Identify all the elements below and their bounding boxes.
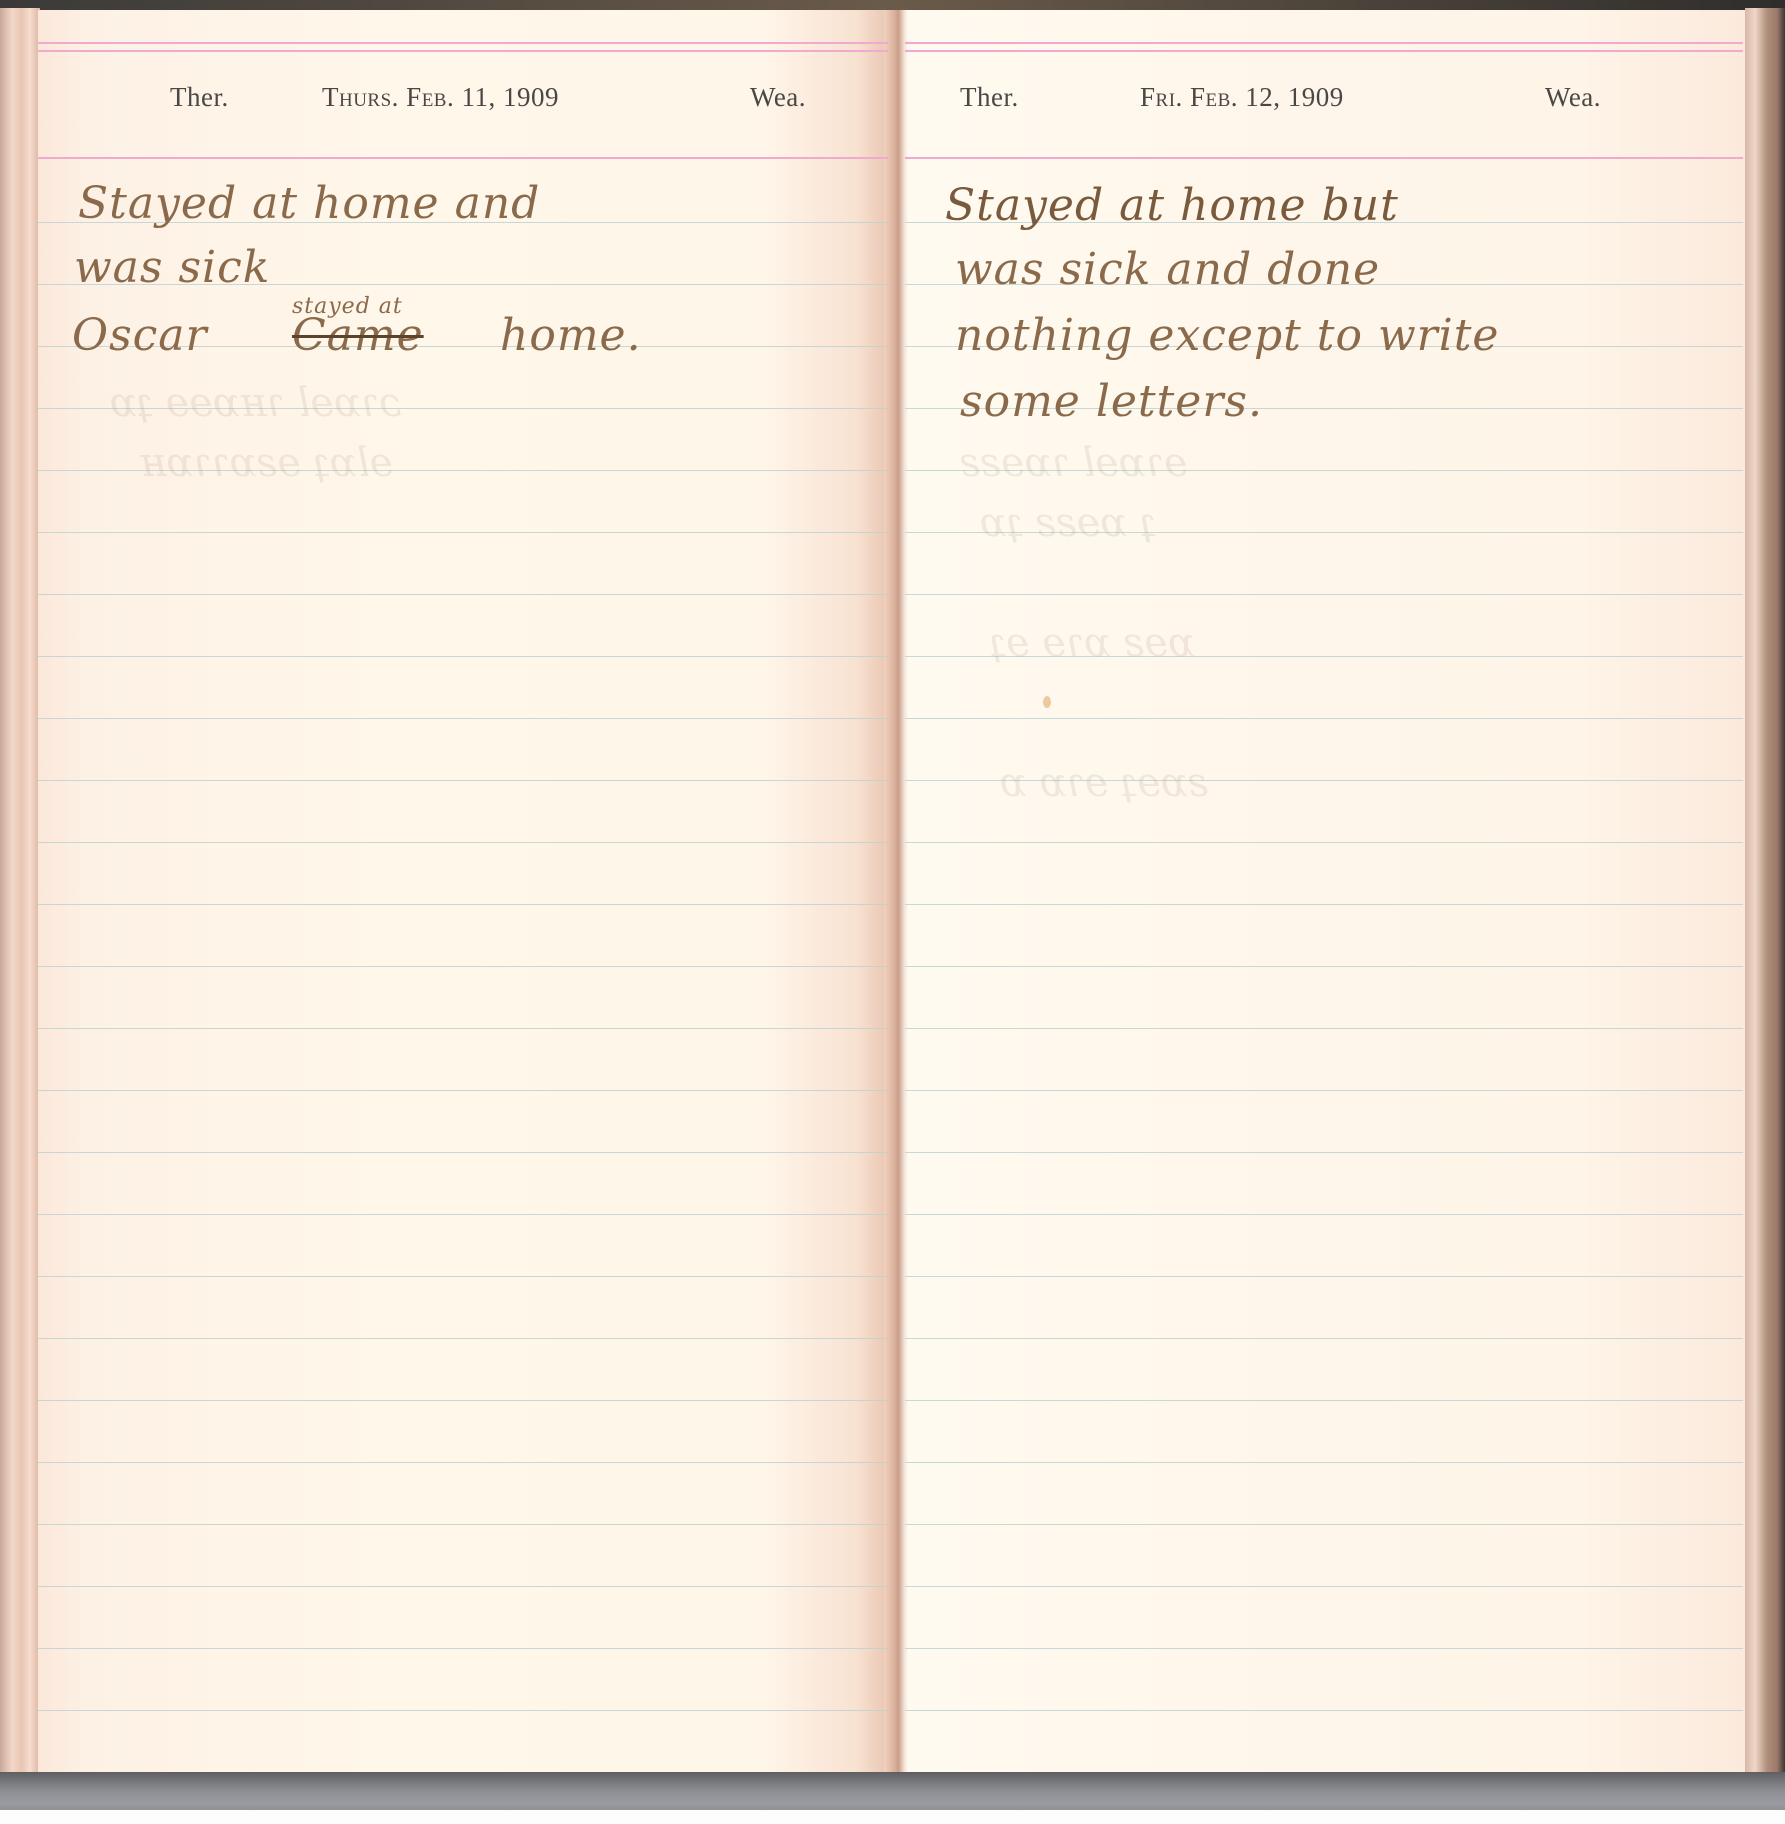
- ruled-line: [905, 1710, 1743, 1711]
- ruled-line: [905, 1462, 1743, 1463]
- ruled-line: [905, 966, 1743, 967]
- right-page-header: Ther. Fri. Feb. 12, 1909 Wea.: [905, 82, 1743, 122]
- wea-label: Wea.: [750, 82, 806, 113]
- ruled-line: [905, 1214, 1743, 1215]
- page-date: Fri. Feb. 12, 1909: [1140, 82, 1344, 113]
- show-through-text: ƨɒɘʇ ɘɿɒ ɒ: [1000, 760, 1209, 806]
- ruled-line: [38, 966, 888, 967]
- show-through-text: ʇ ɒɘƨƨ ʇɒ: [980, 500, 1156, 546]
- ruled-line: [38, 1276, 888, 1277]
- ther-label: Ther.: [170, 82, 229, 113]
- left-pink-rule-top-2: [38, 50, 888, 52]
- entry-line: Oscar: [72, 310, 208, 361]
- ruled-line: [905, 1524, 1743, 1525]
- ruled-line: [905, 1648, 1743, 1649]
- entry-line: Stayed at home but: [945, 180, 1399, 231]
- ruled-line: [38, 780, 888, 781]
- ruled-line: [38, 1586, 888, 1587]
- ruled-line: [905, 1028, 1743, 1029]
- ruled-line: [905, 1090, 1743, 1091]
- right-pink-rule-top-2: [905, 50, 1743, 52]
- entry-line: was sick and done: [955, 244, 1380, 295]
- ruled-line: [38, 1462, 888, 1463]
- ruled-line: [905, 594, 1743, 595]
- entry-line: was sick: [74, 242, 270, 293]
- show-through-text: ɔɿɒɘl ɿʜɒɘɘ ʇɒ: [110, 380, 402, 426]
- ruled-line: [38, 1710, 888, 1711]
- ruled-line: [38, 1028, 888, 1029]
- ruled-line: [38, 532, 888, 533]
- ruled-line: [905, 1586, 1743, 1587]
- ruled-line: [905, 718, 1743, 719]
- entry-line: Stayed at home and: [78, 178, 540, 229]
- ruled-line: [38, 1152, 888, 1153]
- right-pink-rule-header: [905, 157, 1743, 159]
- page-date: Thurs. Feb. 11, 1909: [322, 82, 559, 113]
- struck-word: Came: [292, 310, 424, 361]
- scan-margin: [0, 1810, 1785, 1824]
- entry-line: nothing except to write: [955, 310, 1499, 361]
- ruled-line: [905, 904, 1743, 905]
- ruled-line: [905, 1400, 1743, 1401]
- wea-label: Wea.: [1545, 82, 1601, 113]
- entry-line: some letters.: [960, 376, 1263, 427]
- entry-line: home.: [500, 310, 642, 361]
- ruled-line: [38, 594, 888, 595]
- ruled-line: [38, 1400, 888, 1401]
- ruled-line: [38, 1090, 888, 1091]
- show-through-text: ɘlɒʇ ɘƨɒɿɿɒʜ: [140, 440, 393, 486]
- ruled-line: [905, 1276, 1743, 1277]
- ruled-line: [38, 1648, 888, 1649]
- ruled-line: [905, 1152, 1743, 1153]
- ruled-line: [38, 904, 888, 905]
- paper-stain: [1043, 696, 1051, 708]
- show-through-text: ɒɘƨ ɒɿɘ ɘʇ: [990, 620, 1195, 666]
- book-left-edge: [0, 8, 40, 1778]
- ruled-line: [38, 1214, 888, 1215]
- show-through-text: ɘɿɒɘl ɿɒɘƨƨ: [960, 440, 1188, 486]
- right-pink-rule-top-1: [905, 42, 1743, 44]
- book-gutter: [884, 10, 908, 1772]
- ther-label: Ther.: [960, 82, 1019, 113]
- left-pink-rule-top-1: [38, 42, 888, 44]
- ruled-line: [38, 1338, 888, 1339]
- ruled-line: [38, 1524, 888, 1525]
- ruled-line: [905, 1338, 1743, 1339]
- left-pink-rule-header: [38, 157, 888, 159]
- left-page-header: Ther. Thurs. Feb. 11, 1909 Wea.: [38, 82, 888, 122]
- ruled-line: [38, 656, 888, 657]
- ruled-line: [38, 842, 888, 843]
- book-right-edge: [1745, 8, 1785, 1778]
- ruled-line: [38, 718, 888, 719]
- ruled-line: [905, 842, 1743, 843]
- book-top-edge: [0, 0, 1785, 10]
